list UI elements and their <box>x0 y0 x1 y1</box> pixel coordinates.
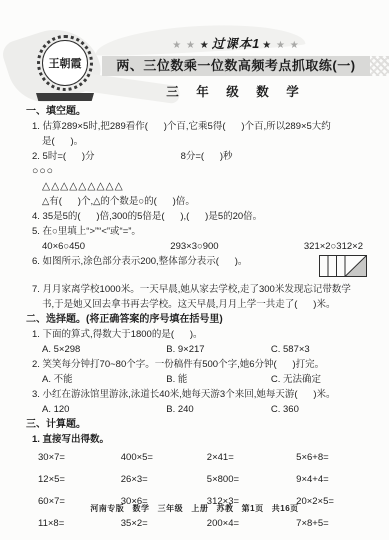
fill-q3-text: △有( )个,△的个数是○的( )倍。 <box>26 194 369 209</box>
worksheet-page: 王朝霞 ★ ★ ★过课本1★ ★ ★ 两、三位数乘一位数高频考点抓取练(一) 三… <box>0 0 389 540</box>
star-icon: ★ ★ <box>272 40 300 51</box>
choice-q3: 3. 小红在游泳馆里游泳,泳道长40米,她每天游3个来回,她每天游( )米。 <box>26 387 369 402</box>
header-titles: ★ ★ ★过课本1★ ★ ★ 两、三位数乘一位数高频考点抓取练(一) 三 年 级… <box>102 0 370 100</box>
option: B. 9×217 <box>166 342 271 357</box>
option: B. 能 <box>166 372 271 387</box>
paper-body: 一、填空题。 1. 估算289×5时,把289看作( )个百,它乘5得( )个百… <box>0 104 389 531</box>
oral-calc-grid: 30×7= 400×5= 2×41= 5×6+8= 12×5= 26×3= 5×… <box>26 450 369 531</box>
grade-subject: 三 年 级 数 学 <box>102 82 370 100</box>
fill-q5: 5. 在○里填上“>”“<”或“=”。 <box>26 224 369 239</box>
option: B. 240 <box>166 402 271 417</box>
option: C. 无法确定 <box>271 372 369 387</box>
choice-q3-options: A. 120 B. 240 C. 360 <box>26 402 369 417</box>
fill-q1-line2: 是( )。 <box>26 134 369 149</box>
calc-item: 5×6+8= <box>296 450 369 465</box>
page-footer: 河南专版 数学 三年级 上册 苏教 第1页 共16页 <box>0 503 389 514</box>
fill-q7-line2: 书,于是她又回去拿书再去学校。这天早晨,月月上学一共走了( )米。 <box>26 297 369 312</box>
calc-item: 7×8+5= <box>296 516 369 531</box>
calc-item: 35×2= <box>121 516 207 531</box>
choice-q1: 1. 下面的算式,得数大于1800的是( )。 <box>26 327 369 342</box>
fill-q6-text: 6. 如图所示,涂色部分表示200,整体部分表示( )。 <box>32 254 247 269</box>
paper-title: 两、三位数乘一位数高频考点抓取练(一) <box>102 56 370 76</box>
calc-item: 26×3= <box>121 472 207 487</box>
calc-item: 5×800= <box>207 472 296 487</box>
fill-q2-right: 8分=( )秒 <box>181 149 233 164</box>
calc-item: 400×5= <box>121 450 207 465</box>
fill-q7-line1: 7. 月月家离学校1000米。一天早晨,她从家去学校,走了300米发现忘记带数学 <box>26 282 369 297</box>
section-choice-heading: 二、选择题。(将正确答案的序号填在括号里) <box>26 312 369 327</box>
brand-seal-icon: 王朝霞 <box>42 40 88 86</box>
option: A. 不能 <box>42 372 166 387</box>
option: A. 120 <box>42 402 166 417</box>
option: C. 360 <box>271 402 369 417</box>
calc-item: 30×7= <box>38 450 121 465</box>
calc-item: 9×4+4= <box>296 472 369 487</box>
brand-logo: 王朝霞 <box>32 40 98 101</box>
brand-ribbon <box>36 93 94 101</box>
calc-item: 11×8= <box>38 516 121 531</box>
option: A. 5×298 <box>42 342 166 357</box>
header: 王朝霞 ★ ★ ★过课本1★ ★ ★ 两、三位数乘一位数高频考点抓取练(一) 三… <box>0 0 389 104</box>
fill-q2-left: 2. 5时=( )分 <box>32 149 95 164</box>
comparison-item: 293×3○900 <box>170 239 218 254</box>
series-title: ★ ★ ★过课本1★ ★ ★ <box>102 34 370 52</box>
fill-q1-line1: 1. 估算289×5时,把289看作( )个百,它乘5得( )个百,所以289×… <box>26 119 369 134</box>
fraction-diagram <box>319 255 367 282</box>
fill-q3-circles: ○○○ <box>26 164 369 179</box>
comparison-item: 321×2○312×2 <box>304 239 363 254</box>
fill-q3-triangles: △△△△△△△△△ <box>26 179 369 194</box>
calc-item: 200×4= <box>207 516 296 531</box>
series-name: 过课本1 <box>210 37 262 51</box>
option: C. 587×3 <box>271 342 369 357</box>
star-icon: ★ ★ <box>172 40 200 51</box>
fill-q5-row: 40×6○450 293×3○900 321×2○312×2 <box>26 239 369 254</box>
section-fill-heading: 一、填空题。 <box>26 104 369 119</box>
section-calc-heading: 三、计算题。 <box>26 417 369 432</box>
choice-q1-options: A. 5×298 B. 9×217 C. 587×3 <box>26 342 369 357</box>
calc-item: 12×5= <box>38 472 121 487</box>
fill-q2: 2. 5时=( )分 8分=( )秒 <box>26 149 369 164</box>
choice-q2-options: A. 不能 B. 能 C. 无法确定 <box>26 372 369 387</box>
choice-q2: 2. 笑笑每分钟打70~80个字。一份稿件有500个字,她6分钟( )打完。 <box>26 357 369 372</box>
calc-item: 2×41= <box>207 450 296 465</box>
comparison-item: 40×6○450 <box>42 239 85 254</box>
fill-q6-row: 6. 如图所示,涂色部分表示200,整体部分表示( )。 <box>26 254 369 282</box>
star-icon: ★ <box>262 40 272 51</box>
calc-subheading: 1. 直接写出得数。 <box>26 432 369 447</box>
star-icon: ★ <box>200 40 210 51</box>
brand-name: 王朝霞 <box>49 55 82 71</box>
fill-q4: 4. 35是5的( )倍,300的5倍是( ),( )是5的20倍。 <box>26 209 369 224</box>
